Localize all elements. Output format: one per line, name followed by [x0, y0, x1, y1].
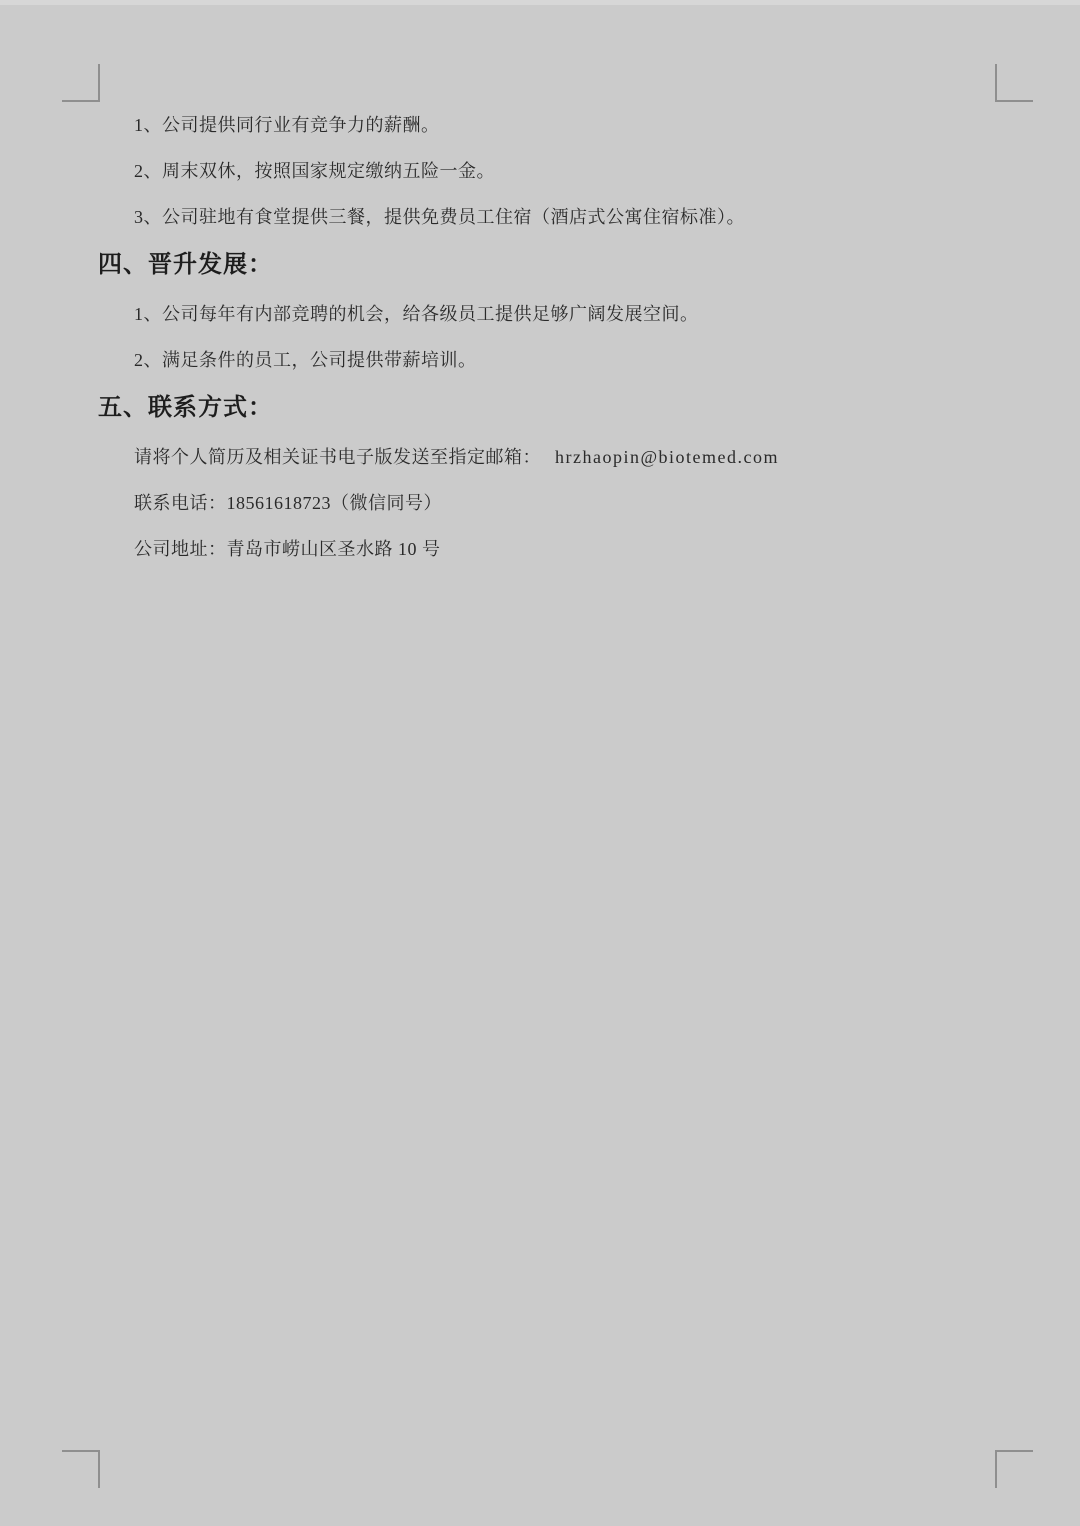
crop-mark-bottom-left: [62, 1450, 100, 1488]
promotion-item-2: 2、满足条件的员工，公司提供带薪培训。: [98, 347, 998, 373]
email-line-label: 请将个人简历及相关证书电子版发送至指定邮箱：: [134, 447, 541, 467]
document-page: 1、公司提供同行业有竞争力的薪酬。 2、周末双休，按照国家规定缴纳五险一金。 3…: [0, 0, 1080, 1526]
crop-mark-top-left: [62, 64, 100, 102]
crop-mark-top-right: [995, 64, 1033, 102]
email-address: hrzhaopin@biotemed.com: [555, 447, 779, 467]
document-body: 1、公司提供同行业有竞争力的薪酬。 2、周末双休，按照国家规定缴纳五险一金。 3…: [98, 100, 998, 582]
page-top-edge: [0, 0, 1080, 5]
welfare-item-3: 3、公司驻地有食堂提供三餐，提供免费员工住宿（酒店式公寓住宿标准）。: [98, 204, 998, 230]
promotion-item-1: 1、公司每年有内部竞聘的机会，给各级员工提供足够广阔发展空间。: [98, 301, 998, 327]
phone-line: 联系电话：18561618723（微信同号）: [98, 490, 998, 516]
section-heading-promotion: 四、晋升发展：: [98, 250, 998, 280]
section-heading-contact: 五、联系方式：: [98, 393, 998, 423]
welfare-item-2: 2、周末双休，按照国家规定缴纳五险一金。: [98, 158, 998, 184]
crop-mark-bottom-right: [995, 1450, 1033, 1488]
welfare-item-1: 1、公司提供同行业有竞争力的薪酬。: [98, 112, 998, 138]
address-line: 公司地址：青岛市崂山区圣水路 10 号: [98, 536, 998, 562]
email-line: 请将个人简历及相关证书电子版发送至指定邮箱：hrzhaopin@biotemed…: [98, 444, 998, 470]
